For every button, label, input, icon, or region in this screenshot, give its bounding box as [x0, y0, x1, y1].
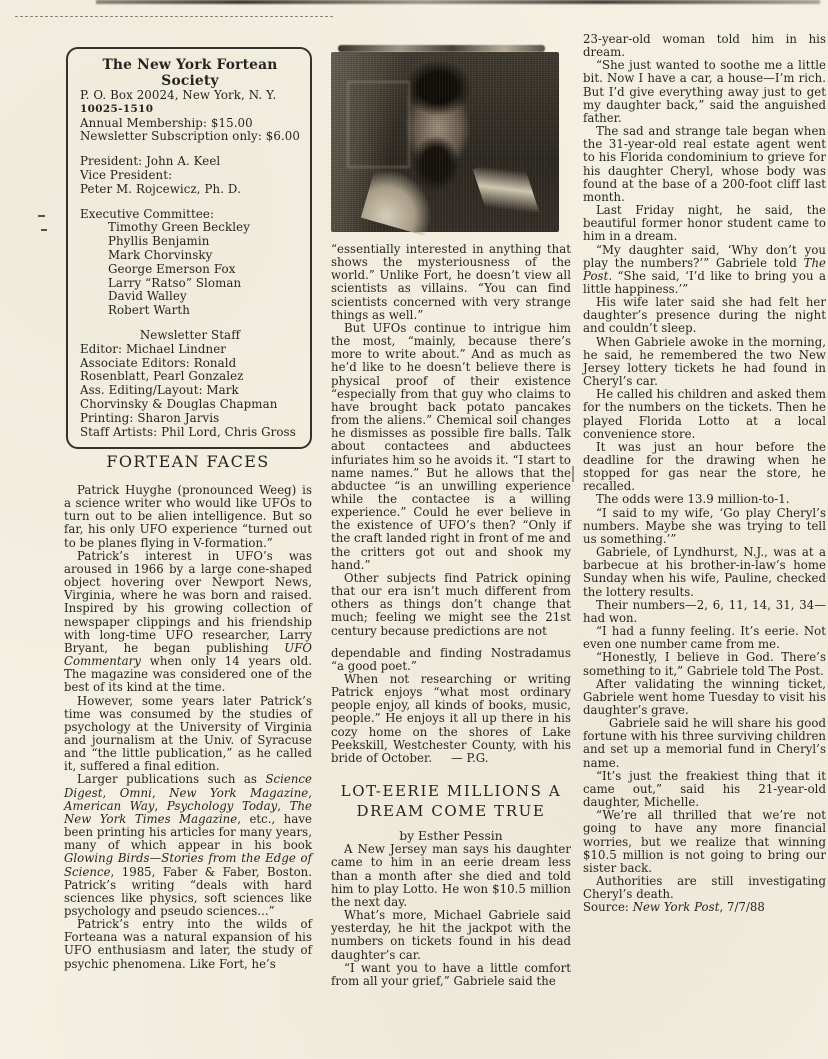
source-line: Source: New York Post, 7/7/88 — [583, 901, 826, 914]
staff-line: Associate Editors: Ronald Rosenblatt, Pe… — [80, 357, 300, 385]
column-2: “essentially interested in anything that… — [331, 243, 571, 988]
shirt-collar-left — [361, 166, 442, 237]
source-prefix: Source: — [583, 900, 633, 914]
staff-line: Ass. Editing/Layout: Mark Chorvinsky & D… — [80, 384, 300, 412]
paragraph: Other subjects find Patrick opining that… — [331, 572, 571, 638]
paragraph: Gabriele said he will share his good for… — [583, 717, 826, 770]
paragraph: Patrick Huyghe (pronounced Weeg) is a sc… — [64, 484, 312, 550]
committee-member: George Emerson Fox — [80, 263, 300, 277]
vice-president-name: Peter M. Rojcewicz, Ph. D. — [80, 183, 300, 197]
paragraph: Patrick’s entry into the wilds of Fortea… — [64, 918, 312, 971]
source-date: , 7/7/88 — [719, 900, 764, 914]
society-address: P. O. Box 20024, New York, N. Y. — [80, 89, 300, 103]
committee-member: Larry “Ratso” Sloman — [80, 277, 300, 291]
paragraph: Their numbers—2, 6, 11, 14, 31, 34—had w… — [583, 599, 826, 625]
committee-member: David Walley — [80, 290, 300, 304]
paragraph: What’s more, Michael Gabriele said yeste… — [331, 909, 571, 962]
paragraph: A New Jersey man says his daughter came … — [331, 843, 571, 909]
paragraph: “I said to my wife, ‘Go play Cheryl’s nu… — [583, 507, 826, 546]
society-title: The New York Fortean Society — [80, 57, 300, 89]
paragraph: The odds were 13.9 million-to-1. — [583, 493, 826, 506]
paragraph: When Gabriele awoke in the morning, he s… — [583, 336, 826, 389]
paragraph: “She just wanted to soothe me a little b… — [583, 59, 826, 125]
paragraph: “I had a funny feeling. It’s eerie. Not … — [583, 625, 826, 651]
committee-member: Mark Chorvinsky — [80, 249, 300, 263]
committee-member: Phyllis Benjamin — [80, 235, 300, 249]
paragraph: His wife later said she had felt her dau… — [583, 296, 826, 335]
article1-heading: FORTEAN FACES — [64, 452, 312, 471]
paragraph: Gabriele, of Lyndhurst, N.J., was at a b… — [583, 546, 826, 599]
vice-president-label: Vice President: — [80, 169, 300, 183]
staff-heading: Newsletter Staff — [80, 329, 300, 343]
margin-mark-artifact — [38, 215, 45, 217]
paragraph: “I want you to have a little comfort fro… — [331, 962, 571, 988]
paragraph: 23-year-old woman told him in his dream. — [583, 33, 826, 59]
photo-top-smudge-artifact — [338, 45, 545, 52]
paragraph: Authorities are still investigating Cher… — [583, 875, 826, 901]
paragraph: “My daughter said, ‘Why don’t you play t… — [583, 244, 826, 297]
spacer — [80, 197, 300, 208]
subscription-line: Newsletter Subscription only: $6.00 — [80, 130, 300, 144]
paragraph: Larger publications such as Science Dige… — [64, 773, 312, 918]
committee-member: Robert Warth — [80, 304, 300, 318]
paragraph: It was just an hour before the deadline … — [583, 441, 826, 494]
committee-label: Executive Committee: — [80, 208, 300, 222]
paragraph: “We’re all thrilled that we’re not going… — [583, 809, 826, 875]
article2-heading: LOT-EERIE MILLIONS A DREAM COME TRUE — [331, 782, 571, 821]
photo-background-frame — [347, 81, 410, 168]
column-3: 23-year-old woman told him in his dream.… — [583, 33, 826, 914]
newsletter-page: The New York Fortean Society P. O. Box 2… — [0, 0, 828, 1059]
membership-line: Annual Membership: $15.00 — [80, 117, 300, 131]
paragraph: “essentially interested in anything that… — [331, 243, 571, 322]
staff-line: Editor: Michael Lindner — [80, 343, 300, 357]
paragraph: However, some years later Patrick’s time… — [64, 695, 312, 774]
paragraph: “It’s just the freakiest thing that it c… — [583, 770, 826, 809]
paragraph: “Honestly, I believe in God. There’s som… — [583, 651, 826, 677]
margin-mark-artifact — [572, 466, 574, 482]
society-zip: 10025-1510 — [80, 103, 300, 117]
dashed-line-artifact — [15, 16, 333, 17]
president-line: President: John A. Keel — [80, 155, 300, 169]
article2-heading-line2: DREAM COME TRUE — [357, 802, 546, 820]
paragraph: After validating the winning ticket, Gab… — [583, 678, 826, 717]
staff-line: Staff Artists: Phil Lord, Chris Gross — [80, 426, 300, 440]
paragraph: When not researching or writing Patrick … — [331, 673, 571, 765]
committee-member: Timothy Green Beckley — [80, 221, 300, 235]
paragraph: Last Friday night, he said, the beautifu… — [583, 204, 826, 243]
column-1: FORTEAN FACES Patrick Huyghe (pronounced… — [64, 452, 312, 971]
paragraph: Patrick’s interest in UFO’s was aroused … — [64, 550, 312, 695]
masthead-box: The New York Fortean Society P. O. Box 2… — [66, 47, 312, 449]
margin-mark-artifact — [41, 229, 47, 231]
shirt-collar-right — [473, 154, 540, 228]
paragraph: The sad and strange tale began when the … — [583, 125, 826, 204]
top-smudge-artifact — [96, 0, 820, 4]
paragraph: He called his children and asked them fo… — [583, 388, 826, 441]
paragraph: dependable and finding Nostradamus “a go… — [331, 647, 571, 673]
source-publication: New York Post — [633, 900, 720, 914]
paragraph: But UFOs continue to intrigue him the mo… — [331, 322, 571, 572]
portrait-photo — [331, 52, 559, 232]
staff-line: Printing: Sharon Jarvis — [80, 412, 300, 426]
article2-heading-line1: LOT-EERIE MILLIONS A — [341, 782, 562, 800]
